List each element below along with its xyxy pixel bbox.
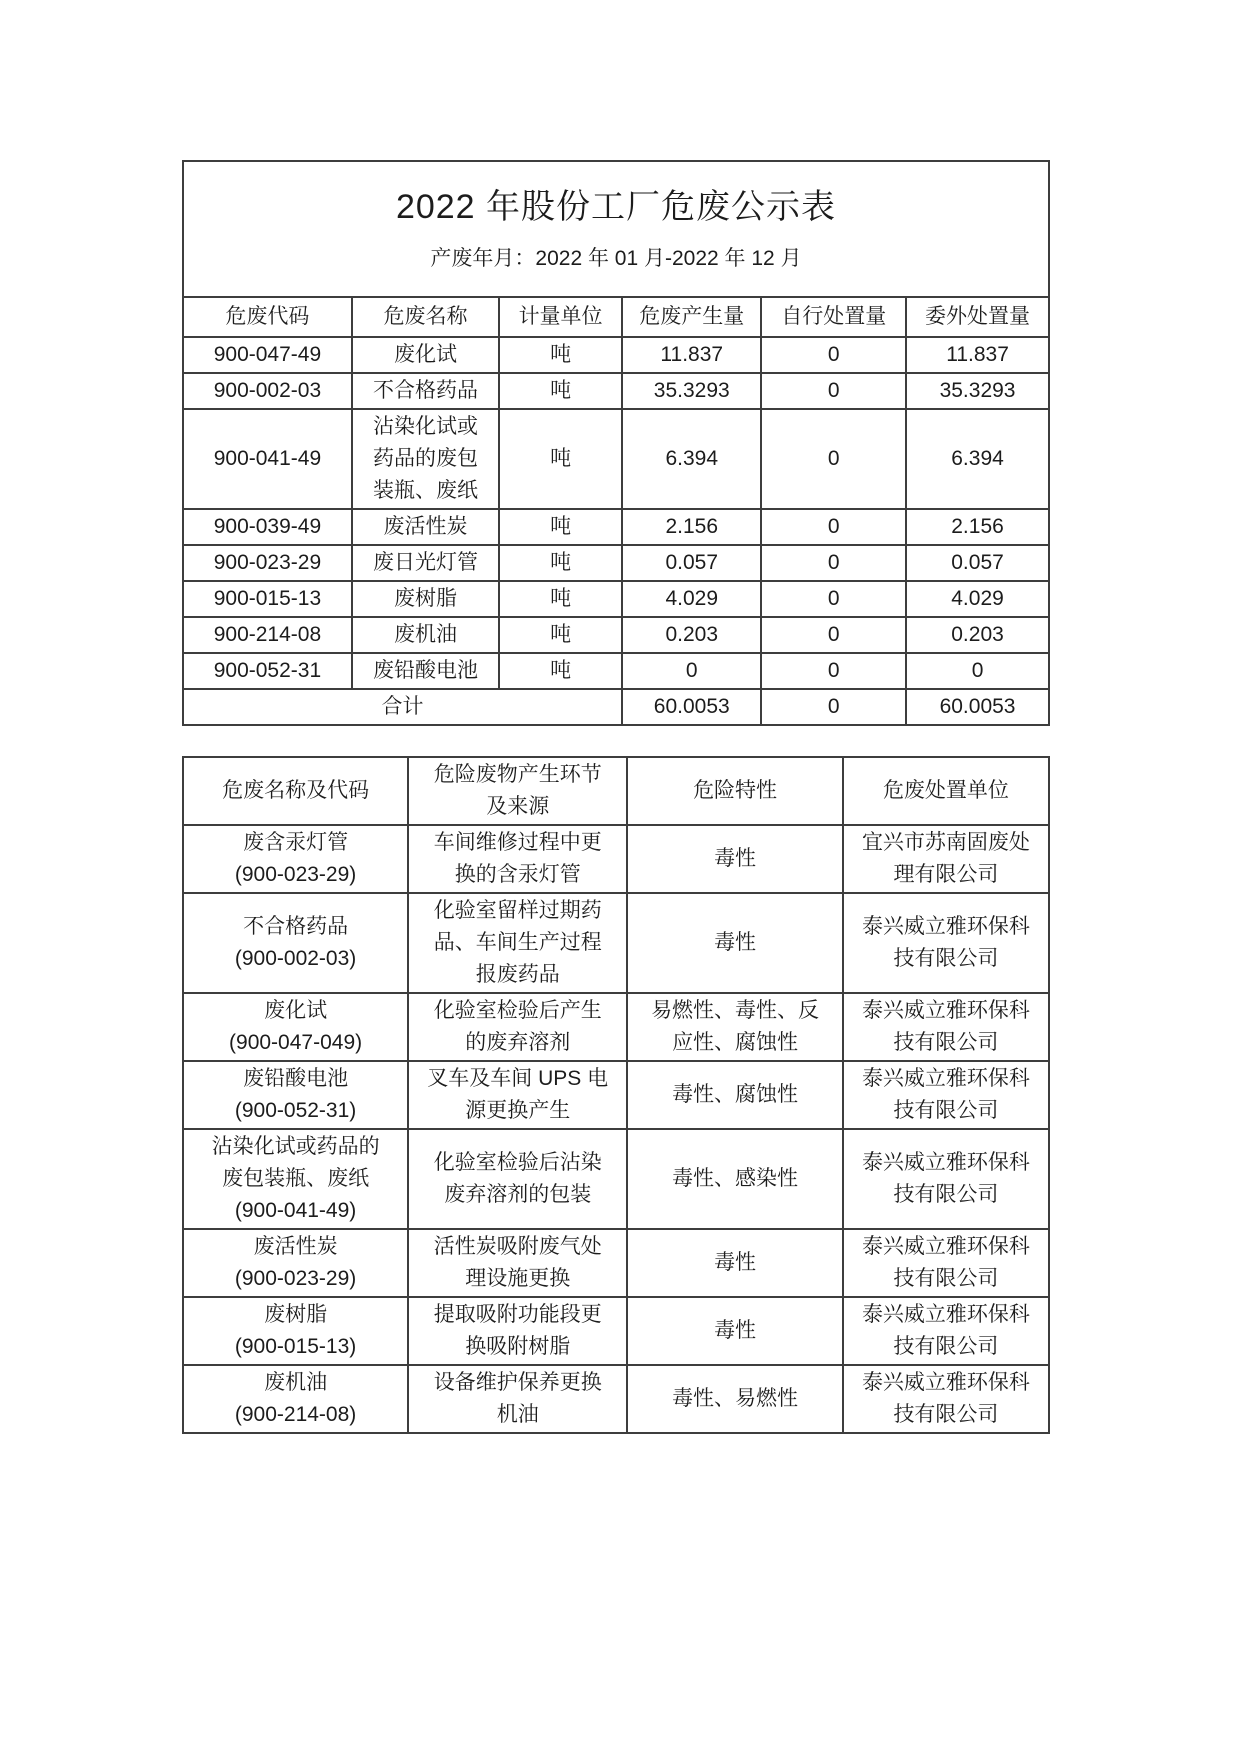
col-header-hazard: 危险特性 <box>627 757 843 825</box>
cell-source: 叉车及车间 UPS 电 源更换产生 <box>408 1061 627 1129</box>
cell-outsourced: 0.203 <box>906 617 1049 653</box>
waste-name: 废树脂 <box>188 1299 403 1331</box>
cell-unit: 吨 <box>499 409 622 509</box>
cell-unit: 吨 <box>499 653 622 689</box>
cell-disposer: 泰兴威立雅环保科 技有限公司 <box>843 1365 1049 1433</box>
table-row: 900-039-49 废活性炭 吨 2.156 0 2.156 <box>183 509 1049 545</box>
cell-waste-code: 900-052-31 <box>183 653 352 689</box>
waste-name: 废含汞灯管 <box>188 827 403 859</box>
cell-generated: 6.394 <box>622 409 761 509</box>
cell-name-code: 废树脂 (900-015-13) <box>183 1297 408 1365</box>
cell-name-code: 不合格药品 (900-002-03) <box>183 893 408 993</box>
waste-code: (900-015-13) <box>188 1331 403 1363</box>
cell-hazard: 毒性、腐蚀性 <box>627 1061 843 1129</box>
title-box: 2022 年股份工厂危废公示表 产废年月：2022 年 01 月-2022 年 … <box>182 160 1050 296</box>
table-row: 900-214-08 废机油 吨 0.203 0 0.203 <box>183 617 1049 653</box>
document-page: 2022 年股份工厂危废公示表 产废年月：2022 年 01 月-2022 年 … <box>0 0 1241 1754</box>
detail-table-wrap: 危废名称及代码 危险废物产生环节 及来源 危险特性 危废处置单位 废含汞灯管 (… <box>182 756 1050 1434</box>
cell-waste-code: 900-214-08 <box>183 617 352 653</box>
summary-table: 危废代码 危废名称 计量单位 危废产生量 自行处置量 委外处置量 900-047… <box>182 296 1050 726</box>
col-header-generated: 危废产生量 <box>622 297 761 337</box>
cell-waste-name: 废机油 <box>352 617 499 653</box>
table-row: 废化试 (900-047-049) 化验室检验后产生 的废弃溶剂 易燃性、毒性、… <box>183 993 1049 1061</box>
waste-code: (900-023-29) <box>188 1263 403 1295</box>
cell-unit: 吨 <box>499 509 622 545</box>
cell-disposer: 宜兴市苏南固废处 理有限公司 <box>843 825 1049 893</box>
document-content: 2022 年股份工厂危废公示表 产废年月：2022 年 01 月-2022 年 … <box>182 160 1050 1434</box>
page-subtitle: 产废年月：2022 年 01 月-2022 年 12 月 <box>184 246 1048 272</box>
col-header-unit: 计量单位 <box>499 297 622 337</box>
cell-unit: 吨 <box>499 373 622 409</box>
table-row: 900-002-03 不合格药品 吨 35.3293 0 35.3293 <box>183 373 1049 409</box>
waste-code: (900-023-29) <box>188 859 403 891</box>
cell-name-code: 废含汞灯管 (900-023-29) <box>183 825 408 893</box>
cell-outsourced: 0 <box>906 653 1049 689</box>
cell-self-disposed: 0 <box>761 581 906 617</box>
cell-generated: 11.837 <box>622 337 761 373</box>
cell-total-label: 合计 <box>183 689 622 725</box>
summary-header-row: 危废代码 危废名称 计量单位 危废产生量 自行处置量 委外处置量 <box>183 297 1049 337</box>
cell-hazard: 毒性 <box>627 825 843 893</box>
waste-name: 废化试 <box>188 995 403 1027</box>
col-header-waste-code: 危废代码 <box>183 297 352 337</box>
cell-waste-code: 900-039-49 <box>183 509 352 545</box>
cell-name-code: 废活性炭 (900-023-29) <box>183 1229 408 1297</box>
waste-name: 沾染化试或药品的 废包装瓶、废纸 <box>188 1131 403 1195</box>
cell-self-disposed: 0 <box>761 653 906 689</box>
cell-name-code: 沾染化试或药品的 废包装瓶、废纸 (900-041-49) <box>183 1129 408 1229</box>
cell-source: 车间维修过程中更 换的含汞灯管 <box>408 825 627 893</box>
cell-disposer: 泰兴威立雅环保科 技有限公司 <box>843 993 1049 1061</box>
table-row: 900-052-31 废铅酸电池 吨 0 0 0 <box>183 653 1049 689</box>
col-header-source: 危险废物产生环节 及来源 <box>408 757 627 825</box>
waste-code: (900-002-03) <box>188 943 403 975</box>
col-header-self-disposed: 自行处置量 <box>761 297 906 337</box>
cell-unit: 吨 <box>499 337 622 373</box>
detail-table: 危废名称及代码 危险废物产生环节 及来源 危险特性 危废处置单位 废含汞灯管 (… <box>182 756 1050 1434</box>
waste-name: 废机油 <box>188 1367 403 1399</box>
cell-waste-name: 废化试 <box>352 337 499 373</box>
cell-waste-code: 900-023-29 <box>183 545 352 581</box>
cell-total-outsourced: 60.0053 <box>906 689 1049 725</box>
table-row: 900-041-49 沾染化试或 药品的废包 装瓶、废纸 吨 6.394 0 6… <box>183 409 1049 509</box>
cell-hazard: 毒性 <box>627 1229 843 1297</box>
cell-waste-code: 900-041-49 <box>183 409 352 509</box>
cell-waste-name: 不合格药品 <box>352 373 499 409</box>
page-title: 2022 年股份工厂危废公示表 <box>184 186 1048 228</box>
cell-self-disposed: 0 <box>761 509 906 545</box>
cell-waste-code: 900-015-13 <box>183 581 352 617</box>
col-header-disposer: 危废处置单位 <box>843 757 1049 825</box>
waste-name: 废铅酸电池 <box>188 1063 403 1095</box>
table-row: 沾染化试或药品的 废包装瓶、废纸 (900-041-49) 化验室检验后沾染 废… <box>183 1129 1049 1229</box>
cell-waste-name: 废日光灯管 <box>352 545 499 581</box>
cell-generated: 0.203 <box>622 617 761 653</box>
cell-waste-code: 900-002-03 <box>183 373 352 409</box>
cell-generated: 0.057 <box>622 545 761 581</box>
cell-unit: 吨 <box>499 545 622 581</box>
cell-source: 化验室检验后沾染 废弃溶剂的包装 <box>408 1129 627 1229</box>
cell-outsourced: 0.057 <box>906 545 1049 581</box>
table-row: 废树脂 (900-015-13) 提取吸附功能段更 换吸附树脂 毒性 泰兴威立雅… <box>183 1297 1049 1365</box>
cell-total-self-disposed: 0 <box>761 689 906 725</box>
cell-generated: 35.3293 <box>622 373 761 409</box>
cell-waste-name: 沾染化试或 药品的废包 装瓶、废纸 <box>352 409 499 509</box>
cell-waste-code: 900-047-49 <box>183 337 352 373</box>
table-row: 废含汞灯管 (900-023-29) 车间维修过程中更 换的含汞灯管 毒性 宜兴… <box>183 825 1049 893</box>
cell-name-code: 废机油 (900-214-08) <box>183 1365 408 1433</box>
table-row: 不合格药品 (900-002-03) 化验室留样过期药 品、车间生产过程 报废药… <box>183 893 1049 993</box>
detail-header-row: 危废名称及代码 危险废物产生环节 及来源 危险特性 危废处置单位 <box>183 757 1049 825</box>
cell-hazard: 易燃性、毒性、反 应性、腐蚀性 <box>627 993 843 1061</box>
cell-hazard: 毒性 <box>627 1297 843 1365</box>
table-row: 900-047-49 废化试 吨 11.837 0 11.837 <box>183 337 1049 373</box>
waste-code: (900-041-49) <box>188 1195 403 1227</box>
cell-source: 设备维护保养更换 机油 <box>408 1365 627 1433</box>
waste-code: (900-052-31) <box>188 1095 403 1127</box>
waste-code: (900-214-08) <box>188 1399 403 1431</box>
cell-outsourced: 4.029 <box>906 581 1049 617</box>
cell-self-disposed: 0 <box>761 545 906 581</box>
cell-source: 化验室检验后产生 的废弃溶剂 <box>408 993 627 1061</box>
cell-disposer: 泰兴威立雅环保科 技有限公司 <box>843 893 1049 993</box>
cell-unit: 吨 <box>499 617 622 653</box>
cell-source: 化验室留样过期药 品、车间生产过程 报废药品 <box>408 893 627 993</box>
cell-self-disposed: 0 <box>761 373 906 409</box>
waste-name: 废活性炭 <box>188 1231 403 1263</box>
cell-waste-name: 废树脂 <box>352 581 499 617</box>
table-row: 900-015-13 废树脂 吨 4.029 0 4.029 <box>183 581 1049 617</box>
cell-disposer: 泰兴威立雅环保科 技有限公司 <box>843 1297 1049 1365</box>
cell-name-code: 废铅酸电池 (900-052-31) <box>183 1061 408 1129</box>
cell-outsourced: 35.3293 <box>906 373 1049 409</box>
cell-disposer: 泰兴威立雅环保科 技有限公司 <box>843 1129 1049 1229</box>
table-row: 废活性炭 (900-023-29) 活性炭吸附废气处 理设施更换 毒性 泰兴威立… <box>183 1229 1049 1297</box>
col-header-name-code: 危废名称及代码 <box>183 757 408 825</box>
cell-hazard: 毒性 <box>627 893 843 993</box>
table-row: 废机油 (900-214-08) 设备维护保养更换 机油 毒性、易燃性 泰兴威立… <box>183 1365 1049 1433</box>
cell-generated: 4.029 <box>622 581 761 617</box>
waste-code: (900-047-049) <box>188 1027 403 1059</box>
table-row: 900-023-29 废日光灯管 吨 0.057 0 0.057 <box>183 545 1049 581</box>
col-header-outsourced: 委外处置量 <box>906 297 1049 337</box>
cell-self-disposed: 0 <box>761 337 906 373</box>
cell-self-disposed: 0 <box>761 409 906 509</box>
table-row: 废铅酸电池 (900-052-31) 叉车及车间 UPS 电 源更换产生 毒性、… <box>183 1061 1049 1129</box>
cell-outsourced: 6.394 <box>906 409 1049 509</box>
col-header-waste-name: 危废名称 <box>352 297 499 337</box>
cell-self-disposed: 0 <box>761 617 906 653</box>
cell-total-generated: 60.0053 <box>622 689 761 725</box>
cell-unit: 吨 <box>499 581 622 617</box>
waste-name: 不合格药品 <box>188 911 403 943</box>
cell-outsourced: 11.837 <box>906 337 1049 373</box>
cell-source: 提取吸附功能段更 换吸附树脂 <box>408 1297 627 1365</box>
cell-disposer: 泰兴威立雅环保科 技有限公司 <box>843 1061 1049 1129</box>
cell-source: 活性炭吸附废气处 理设施更换 <box>408 1229 627 1297</box>
cell-generated: 0 <box>622 653 761 689</box>
cell-generated: 2.156 <box>622 509 761 545</box>
cell-outsourced: 2.156 <box>906 509 1049 545</box>
cell-name-code: 废化试 (900-047-049) <box>183 993 408 1061</box>
cell-disposer: 泰兴威立雅环保科 技有限公司 <box>843 1229 1049 1297</box>
cell-hazard: 毒性、感染性 <box>627 1129 843 1229</box>
cell-waste-name: 废活性炭 <box>352 509 499 545</box>
cell-hazard: 毒性、易燃性 <box>627 1365 843 1433</box>
cell-waste-name: 废铅酸电池 <box>352 653 499 689</box>
summary-total-row: 合计 60.0053 0 60.0053 <box>183 689 1049 725</box>
